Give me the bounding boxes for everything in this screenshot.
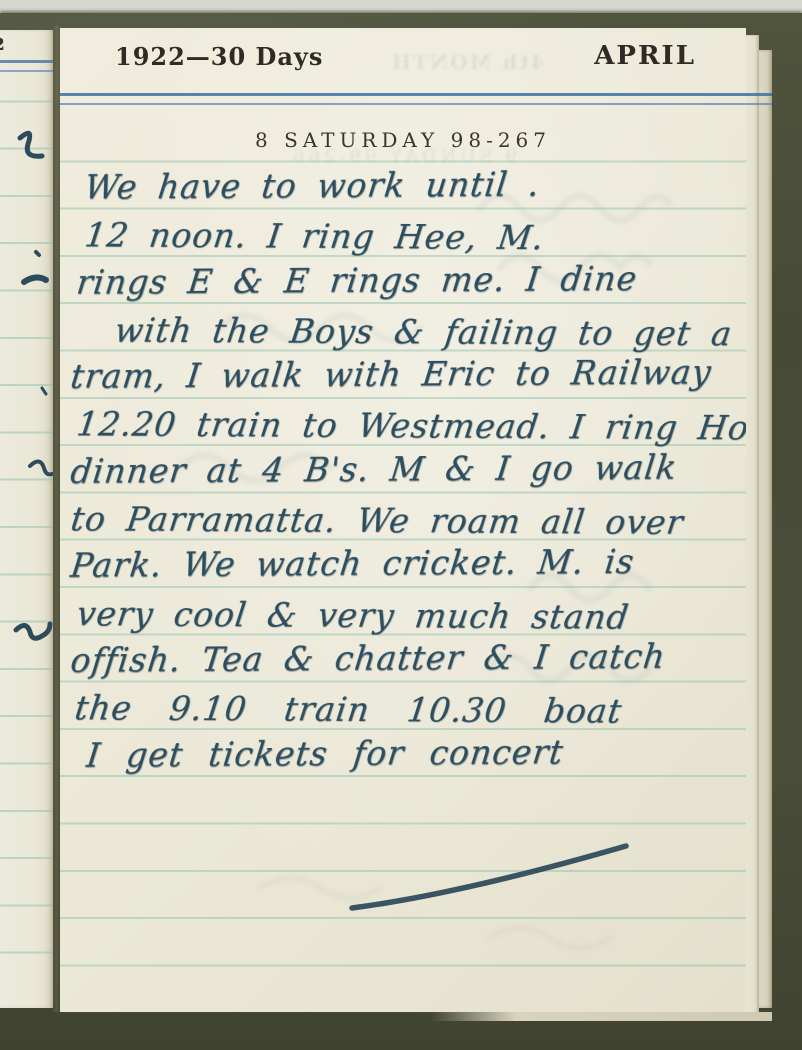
page-edge-sliver: [746, 35, 759, 1015]
diary-line: offish. Tea & chatter & I catch: [68, 632, 746, 684]
bottom-page-edge: [430, 1012, 772, 1021]
left-page-ink-fragments: [0, 30, 53, 1008]
printed-year-days: 1922—30 Days: [115, 42, 323, 71]
page-blue-rule: [60, 103, 772, 105]
showthrough-month: 4th MONTH: [390, 50, 544, 74]
main-page: 1922—30 Days APRIL 4th MONTH 8 SATURDAY …: [60, 28, 746, 1012]
printed-month: APRIL: [594, 41, 696, 71]
diary-line: We have to work until .: [68, 159, 746, 211]
diary-line: I get tickets for concert: [68, 727, 746, 779]
diary-line: tram, I walk with Eric to Railway: [68, 348, 746, 400]
page-blue-rule: [60, 93, 772, 96]
left-page: 2: [0, 30, 53, 1008]
diary-line: dinner at 4 B's. M & I go walk: [68, 443, 746, 495]
diary-handwriting: We have to work until . 12 noon. I ring …: [68, 164, 744, 779]
diary-line: Park. We watch cricket. M. is: [68, 538, 746, 590]
page-edge-sliver: [759, 50, 772, 1008]
diary-line: rings E & E rings me. I dine: [68, 254, 746, 306]
